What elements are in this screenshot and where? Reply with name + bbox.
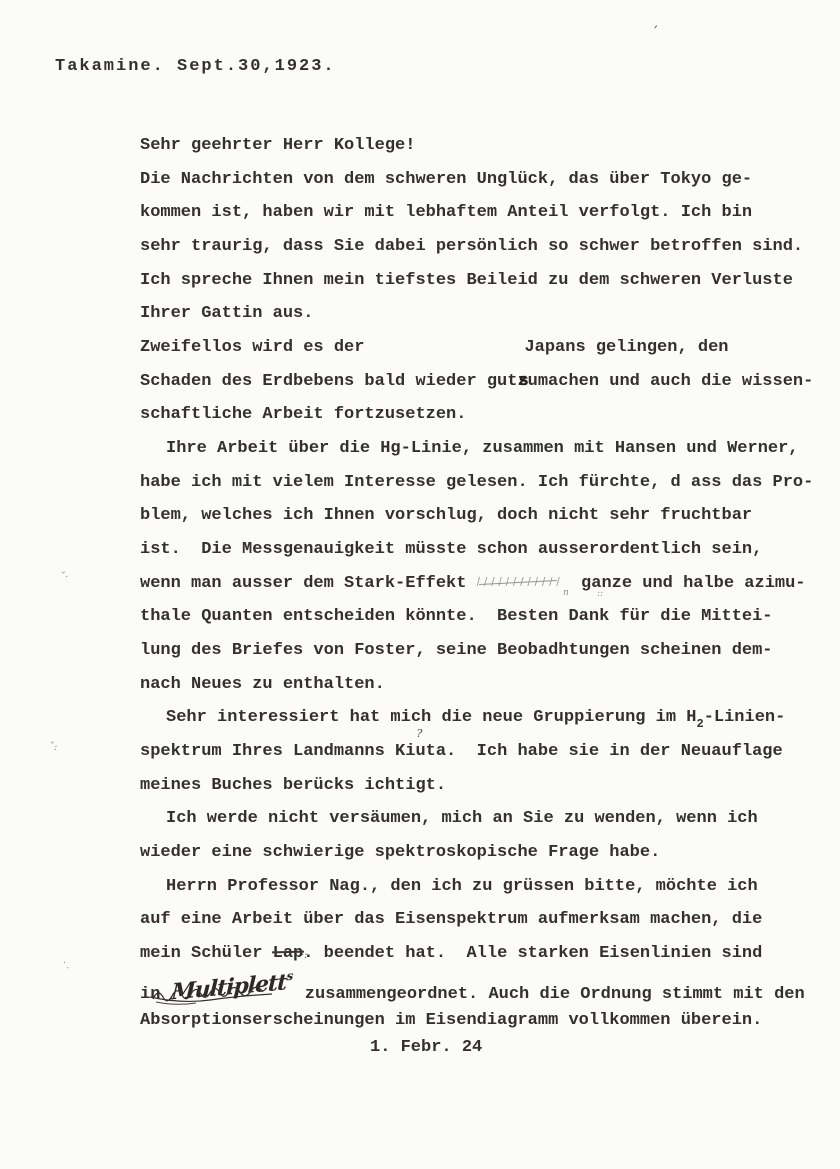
letter-line: Herrn Professor Nag., den ich zu grüssen… (166, 877, 758, 896)
handwritten-superscript: s (286, 969, 292, 984)
stray-mark: ˇ· (60, 572, 68, 583)
date-footer: 1. Febr. 24 (370, 1038, 482, 1057)
line-text: nach Neues zu enthalten. (140, 675, 385, 694)
letter-line: meines Buches berücks ichtigt. (140, 776, 446, 795)
line-text: Sehr geehrter Herr Kollege! (140, 136, 415, 155)
letter-line: ist. Die Messgenauigkeit müsste schon au… (140, 540, 762, 559)
line-text: Ihrer Gattin aus. (140, 304, 313, 323)
letter-line: sehr traurig, dass Sie dabei persönlich … (140, 237, 803, 256)
struck-word: Lap (273, 944, 304, 963)
blank-gap (364, 350, 524, 351)
letter-line: Ihrer Gattin aus. (140, 304, 313, 323)
line-text: zusammengeordnet. Auch die Ordnung stimm… (295, 985, 805, 1004)
stray-mark: :: (597, 589, 603, 599)
line-text: -Linien- (704, 708, 786, 727)
line-text: mein Schüler (140, 944, 273, 963)
stray-mark: n (563, 588, 569, 598)
line-text: Die Nachrichten von dem schweren Unglück… (140, 170, 752, 189)
letter-line: thale Quanten entscheiden könnte. Besten… (140, 607, 773, 626)
letter-line: wieder eine schwierige spektroskopische … (140, 843, 660, 862)
stray-mark: ˇ: (49, 742, 57, 753)
line-text: habe ich mit vielem Interesse gelesen. I… (140, 473, 813, 492)
line-text: spektrum Ihres Landmanns Ki (140, 742, 415, 761)
line-text: Ich werde nicht versäumen, mich an Sie z… (166, 809, 758, 828)
overstrike-char: s (518, 372, 528, 391)
letter-line: habe ich mit vielem Interesse gelesen. I… (140, 473, 813, 492)
letter-line: Absorptionserscheinungen im Eisendiagram… (140, 1011, 762, 1030)
letter-line: spektrum Ihres Landmanns Kiu?ta. Ich hab… (140, 742, 783, 761)
letter-line: kommen ist, haben wir mit lebhaftem Ante… (140, 203, 752, 222)
line-text: sehr traurig, dass Sie dabei persönlich … (140, 237, 803, 256)
line-text: umachen und auch die wissen- (528, 372, 814, 391)
scribble-icon (477, 576, 561, 589)
letter-line: wenn man ausser dem Stark-Effekt ganze u… (140, 574, 806, 593)
letter-line: Die Nachrichten von dem schweren Unglück… (140, 170, 752, 189)
letter-line: mein Schüler Lap. beendet hat. Alle star… (140, 944, 762, 963)
line-text: Schaden des Erdbebens bald wieder gut (140, 372, 517, 391)
stray-mark: , (654, 16, 658, 30)
line-text: Ich spreche Ihnen mein tiefstes Beileid … (140, 271, 793, 290)
line-text: Absorptionserscheinungen im Eisendiagram… (140, 1011, 762, 1030)
overstruck-char: zs (517, 372, 527, 391)
line-text: ist. Die Messgenauigkeit müsste schon au… (140, 540, 762, 559)
letter-line: schaftliche Arbeit fortzusetzen. (140, 405, 466, 424)
letter-line: Sehr geehrter Herr Kollege! (140, 136, 415, 155)
line-text: Sehr interessiert hat mich die neue Grup… (166, 708, 697, 727)
letter-line: lung des Briefes von Foster, seine Beoba… (140, 641, 773, 660)
letter-line: Zweifellos wird es derJapans gelingen, d… (140, 338, 728, 357)
line-text: . beendet hat. Alle starken Eisenlinien … (303, 944, 762, 963)
line-text: wenn man ausser dem Stark-Effekt (140, 574, 477, 593)
line-text: ta. Ich habe sie in der Neuauflage (426, 742, 783, 761)
letter-line: blem, welches ich Ihnen vorschlug, doch … (140, 506, 752, 525)
date-heading: Takamine. Sept.30,1923. (55, 57, 336, 76)
letter-line: Schaden des Erdbebens bald wieder gutzsu… (140, 372, 813, 391)
line-text: Japans gelingen, den (524, 338, 728, 357)
letter-page: Takamine. Sept.30,1923. Sehr geehrter He… (0, 0, 840, 1169)
letter-line: auf eine Arbeit über das Eisenspektrum a… (140, 910, 762, 929)
line-text: schaftliche Arbeit fortzusetzen. (140, 405, 466, 424)
line-text: Herrn Professor Nag., den ich zu grüssen… (166, 877, 758, 896)
annotated-char: u? (415, 742, 425, 761)
stray-mark: ·: (301, 950, 308, 961)
line-text: lung des Briefes von Foster, seine Beoba… (140, 641, 773, 660)
crossed-out-word-scribble-icon (150, 986, 276, 1011)
letter-line: Ich werde nicht versäumen, mich an Sie z… (166, 809, 758, 828)
handwritten-question-mark: ? (416, 727, 422, 740)
line-text: Zweifellos wird es der (140, 338, 364, 357)
line-text: Ihre Arbeit über die Hg-Linie, zusammen … (166, 439, 799, 458)
subscript-text: 2 (697, 717, 704, 731)
line-text: blem, welches ich Ihnen vorschlug, doch … (140, 506, 752, 525)
line-text: wieder eine schwierige spektroskopische … (140, 843, 660, 862)
line-text: kommen ist, haben wir mit lebhaftem Ante… (140, 203, 752, 222)
letter-line: Ihre Arbeit über die Hg-Linie, zusammen … (166, 439, 799, 458)
line-text: meines Buches berücks ichtigt. (140, 776, 446, 795)
letter-line: Sehr interessiert hat mich die neue Grup… (166, 708, 785, 731)
letter-line: nach Neues zu enthalten. (140, 675, 385, 694)
line-text: thale Quanten entscheiden könnte. Besten… (140, 607, 773, 626)
line-text: auf eine Arbeit über das Eisenspektrum a… (140, 910, 762, 929)
stray-mark: ·ˎ (63, 958, 70, 969)
letter-line: Ich spreche Ihnen mein tiefstes Beileid … (140, 271, 793, 290)
